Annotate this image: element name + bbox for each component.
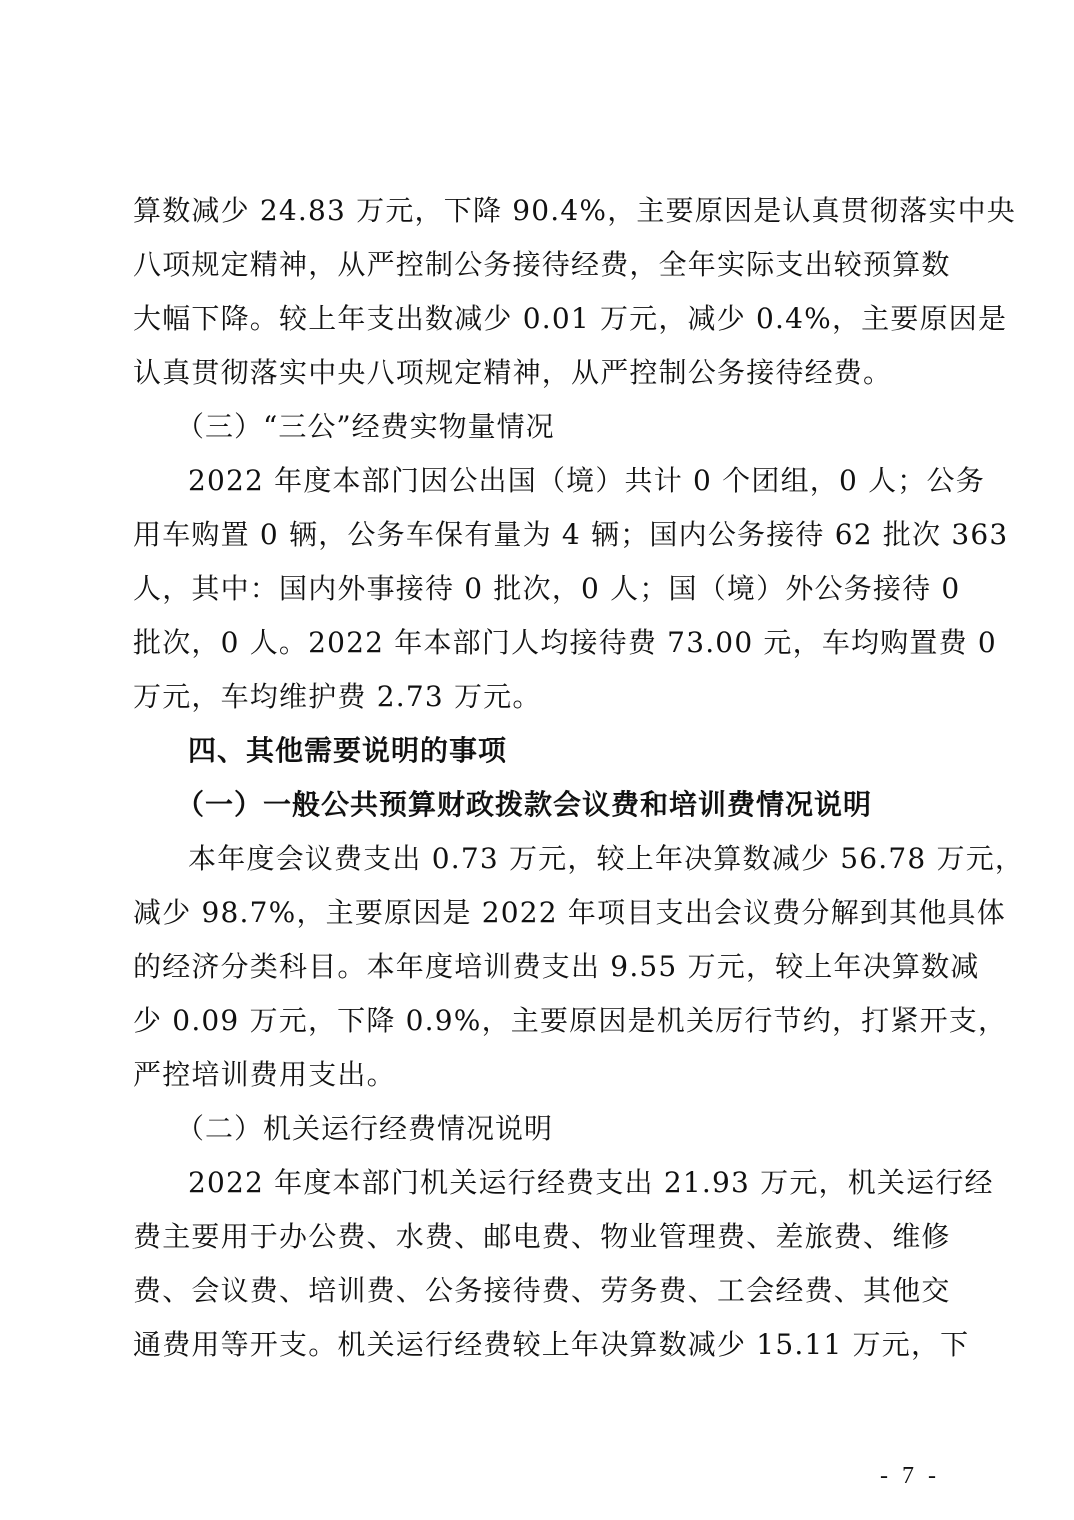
paragraph-line: 用车购置 0 辆，公务车保有量为 4 辆；国内公务接待 62 批次 363 bbox=[133, 515, 945, 555]
paragraph-line: 算数减少 24.83 万元，下降 90.4%，主要原因是认真贯彻落实中央 bbox=[133, 191, 945, 231]
paragraph-line: 万元，车均维护费 2.73 万元。 bbox=[133, 677, 945, 717]
paragraph-line: 通费用等开支。机关运行经费较上年决算数减少 15.11 万元，下 bbox=[133, 1325, 945, 1365]
paragraph-line: 批次，0 人。2022 年本部门人均接待费 73.00 元，车均购置费 0 bbox=[133, 623, 945, 663]
paragraph-line: 认真贯彻落实中央八项规定精神，从严控制公务接待经费。 bbox=[133, 353, 945, 393]
paragraph-line: 本年度会议费支出 0.73 万元，较上年决算数减少 56.78 万元， bbox=[188, 839, 945, 879]
document-page: 算数减少 24.83 万元，下降 90.4%，主要原因是认真贯彻落实中央 八项规… bbox=[0, 0, 1074, 1520]
paragraph-line: 严控培训费用支出。 bbox=[133, 1055, 945, 1095]
paragraph-line: 减少 98.7%，主要原因是 2022 年项目支出会议费分解到其他具体 bbox=[133, 893, 945, 933]
paragraph-line: 大幅下降。较上年支出数减少 0.01 万元，减少 0.4%，主要原因是 bbox=[133, 299, 945, 339]
paragraph-line: 少 0.09 万元，下降 0.9%，主要原因是机关厉行节约，打紧开支， bbox=[133, 1001, 945, 1041]
page-number: - 7 - bbox=[880, 1461, 940, 1491]
paragraph-line: 2022 年度本部门机关运行经费支出 21.93 万元，机关运行经 bbox=[188, 1163, 945, 1203]
subsection-heading-2: （二）机关运行经费情况说明 bbox=[176, 1109, 933, 1149]
subsection-heading-1: （一）一般公共预算财政拨款会议费和培训费情况说明 bbox=[176, 785, 945, 825]
part-heading-4: 四、其他需要说明的事项 bbox=[188, 731, 945, 771]
paragraph-line: 费主要用于办公费、水费、邮电费、物业管理费、差旅费、维修 bbox=[133, 1217, 945, 1257]
paragraph-line: 人，其中：国内外事接待 0 批次，0 人；国（境）外公务接待 0 bbox=[133, 569, 945, 609]
section-heading-3: （三）“三公”经费实物量情况 bbox=[176, 407, 933, 447]
paragraph-line: 2022 年度本部门因公出国（境）共计 0 个团组，0 人；公务 bbox=[188, 461, 945, 501]
paragraph-line: 八项规定精神，从严控制公务接待经费，全年实际支出较预算数 bbox=[133, 245, 945, 285]
paragraph-line: 费、会议费、培训费、公务接待费、劳务费、工会经费、其他交 bbox=[133, 1271, 945, 1311]
paragraph-line: 的经济分类科目。本年度培训费支出 9.55 万元，较上年决算数减 bbox=[133, 947, 945, 987]
